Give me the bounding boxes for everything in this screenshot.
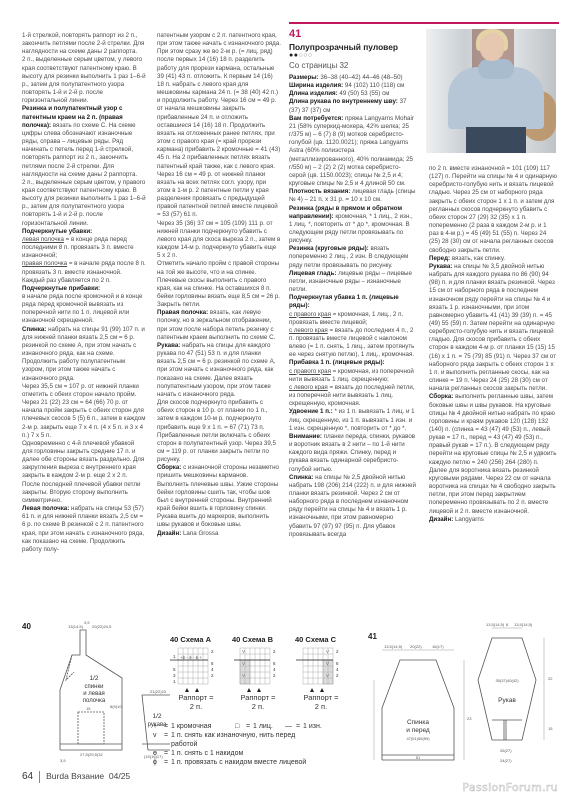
paragraph: левая полочка = в конце ряда перед после… xyxy=(22,236,146,260)
svg-text:Рукав: Рукав xyxy=(498,697,516,704)
svg-text:21(22)23: 21(22)23 xyxy=(150,689,167,694)
svg-text:2: 2 xyxy=(336,673,339,678)
text-column-3: Размеры: 36–38 (40–42) 44–46 (48–50) Шир… xyxy=(289,74,417,539)
svg-text:13,5(14,5): 13,5(14,5) xyxy=(384,644,403,649)
scheme-grids: 2642 1531 2642 2642 +ɸ - ɸ - ɸ + VVV VVV xyxy=(168,646,368,696)
svg-text:22: 22 xyxy=(548,676,553,681)
svg-text:полочка: полочка xyxy=(83,698,106,704)
svg-text:8(9)10: 8(9)10 xyxy=(110,704,122,709)
svg-text:2: 2 xyxy=(211,649,214,654)
paragraph: Через 21 (22) 23 см = 64 (66) 70 р. от н… xyxy=(22,399,146,440)
svg-text:4: 4 xyxy=(273,667,276,672)
svg-text:26(27): 26(27) xyxy=(500,748,512,753)
designer-credit: Дизайн: Lana Grossa xyxy=(157,530,281,538)
diagram-41-schematic: 13,5(14,5) 20(22) 16(17) Спинка и перед … xyxy=(372,620,566,770)
svg-text:20(22)24,5: 20(22)24,5 xyxy=(92,624,112,629)
scheme-a-title: 40 Схема А xyxy=(170,636,211,644)
paragraph: Сборка: с изнаночной стороны незаметно п… xyxy=(157,464,281,529)
section-divider xyxy=(289,22,559,24)
section-heading: Подчеркнутые убавки: xyxy=(22,228,92,235)
svg-text:15: 15 xyxy=(548,726,553,731)
paragraph: Через 16 см = 49 р. от нижней планки вяз… xyxy=(157,171,281,220)
section-heading: Подчеркнутые прибавки: xyxy=(22,285,100,292)
svg-text:13(14,5): 13(14,5) xyxy=(68,624,84,629)
svg-text:1/2: 1/2 xyxy=(152,713,161,720)
svg-text:2: 2 xyxy=(273,673,276,678)
svg-text:V: V xyxy=(326,673,329,678)
svg-text:5: 5 xyxy=(173,667,176,672)
svg-text:23: 23 xyxy=(467,716,472,721)
svg-text:1: 1 xyxy=(173,679,176,684)
svg-text:51: 51 xyxy=(416,755,421,760)
paragraph: Спинка: набрать на спицы 91 (99) 107 п. … xyxy=(22,326,146,383)
svg-text:3: 3 xyxy=(173,673,176,678)
paragraph: Через 35 (36) 37 см = 105 (109) 111 р. о… xyxy=(157,220,281,261)
paragraph: Рукава: набрать на спицы для каждого рук… xyxy=(157,342,281,399)
svg-text:V: V xyxy=(242,649,245,654)
page-footer: 64Burda Вязание 04/25 xyxy=(22,770,130,783)
scheme-c-rapport: Раппорт =2 п. xyxy=(293,693,349,711)
svg-text:V: V xyxy=(326,649,329,654)
article-number: 41 xyxy=(289,28,301,40)
text-column-2: патентным узором с 2 п. патентного края,… xyxy=(157,32,281,538)
svg-text:2: 2 xyxy=(336,649,339,654)
svg-text:1: 1 xyxy=(173,654,176,659)
svg-text:47(51)55(59): 47(51)55(59) xyxy=(406,736,430,741)
model-photo xyxy=(426,29,556,153)
svg-text:спинки: спинки xyxy=(85,684,104,690)
svg-text:1/2: 1/2 xyxy=(89,675,98,682)
svg-text:2: 2 xyxy=(211,673,214,678)
svg-text:6: 6 xyxy=(273,661,276,666)
svg-text:6: 6 xyxy=(336,661,339,666)
svg-text:3,5: 3,5 xyxy=(84,620,90,625)
svg-text:3,5: 3,5 xyxy=(60,758,66,763)
designer-credit: Дизайн: Langyarns xyxy=(429,516,557,524)
watermark: PassionForum.ru xyxy=(463,782,558,794)
page-number: 64 xyxy=(22,771,33,782)
paragraph: 1-й стрелкой, повторять раппорт из 2 п.,… xyxy=(22,32,146,56)
svg-text:24(27): 24(27) xyxy=(500,758,512,763)
svg-text:2: 2 xyxy=(273,649,276,654)
paragraph: 2 п., выделенные серым цветом, у левого … xyxy=(22,56,146,105)
svg-text:15: 15 xyxy=(86,706,91,711)
svg-text:V: V xyxy=(242,661,245,666)
svg-text:13,5(14,5): 13,5(14,5) xyxy=(514,622,533,627)
svg-text:V: V xyxy=(326,661,329,666)
article-title: Полупрозрачный пуловер xyxy=(289,42,398,52)
svg-text:16(17): 16(17) xyxy=(432,644,444,649)
svg-text:35(37)40(42): 35(37)40(42) xyxy=(495,678,519,683)
svg-text:4: 4 xyxy=(211,667,214,672)
paragraph: Левая полочка: набрать на спицы 53 (57) … xyxy=(22,505,146,554)
paragraph: Одновременно с 4-й плечевой убавкой для … xyxy=(22,440,146,505)
scheme-c-title: 40 Схема С xyxy=(295,636,336,644)
svg-text:8: 8 xyxy=(506,622,509,627)
paragraph: Через 35,5 см = 107 р. от нижней планки … xyxy=(22,383,146,399)
paragraph: Отметить начало пройм с правой стороны н… xyxy=(157,260,281,309)
svg-text:+ɸ - ɸ - ɸ +: +ɸ - ɸ - ɸ + xyxy=(180,655,202,660)
magazine-name: Burda Вязание xyxy=(46,771,104,781)
difficulty-rating: ●●○○○ xyxy=(289,52,313,60)
paragraph: 2 п., выделенные серым цветом, у правого… xyxy=(22,179,146,228)
svg-text:6: 6 xyxy=(211,661,214,666)
svg-text:20(22): 20(22) xyxy=(410,644,422,649)
diagram-40-schematic: 13(14,5) 3,5 20(22)24,5 1/2 спинки и лев… xyxy=(30,620,170,765)
svg-text:и перед: и перед xyxy=(406,727,430,734)
paragraph: Резинка и полупатентный узор с патентным… xyxy=(22,105,146,178)
svg-text:Спинка: Спинка xyxy=(407,719,429,726)
paragraph: Для скосов подчеркнуто прибавить с обеих… xyxy=(157,399,281,464)
paragraph: в начале ряда после кромочной и в конце … xyxy=(22,293,146,326)
svg-text:27,5(29,5)32: 27,5(29,5)32 xyxy=(80,752,103,757)
svg-text:V: V xyxy=(242,673,245,678)
paragraph: правая полочка = в начале ряда после 8 п… xyxy=(22,260,146,284)
svg-text:и левая: и левая xyxy=(83,691,105,697)
paragraph: Правая полочка: вязать, как левую полочк… xyxy=(157,309,281,342)
from-page: Со страницы 32 xyxy=(289,61,348,71)
text-column-1: 1-й стрелкой, повторять раппорт из 2 п.,… xyxy=(22,32,146,554)
svg-text:4: 4 xyxy=(336,667,339,672)
text-column-4: по 2 п. вместе изнаночной = 101 (109) 11… xyxy=(429,165,557,524)
paragraph: патентным узором с 2 п. патентного края,… xyxy=(157,32,281,171)
scheme-b-title: 40 Схема В xyxy=(232,636,273,644)
symbol-legend: +=1 кромочная□=1 лиц.—=1 изн. v=1 п. сня… xyxy=(153,722,353,767)
scheme-b-rapport: Раппорт =2 п. xyxy=(230,693,286,711)
issue-number: 04/25 xyxy=(109,771,130,781)
svg-text:13,5(14,5): 13,5(14,5) xyxy=(486,622,505,627)
scheme-a-rapport: Раппорт =2 п. xyxy=(168,693,224,711)
